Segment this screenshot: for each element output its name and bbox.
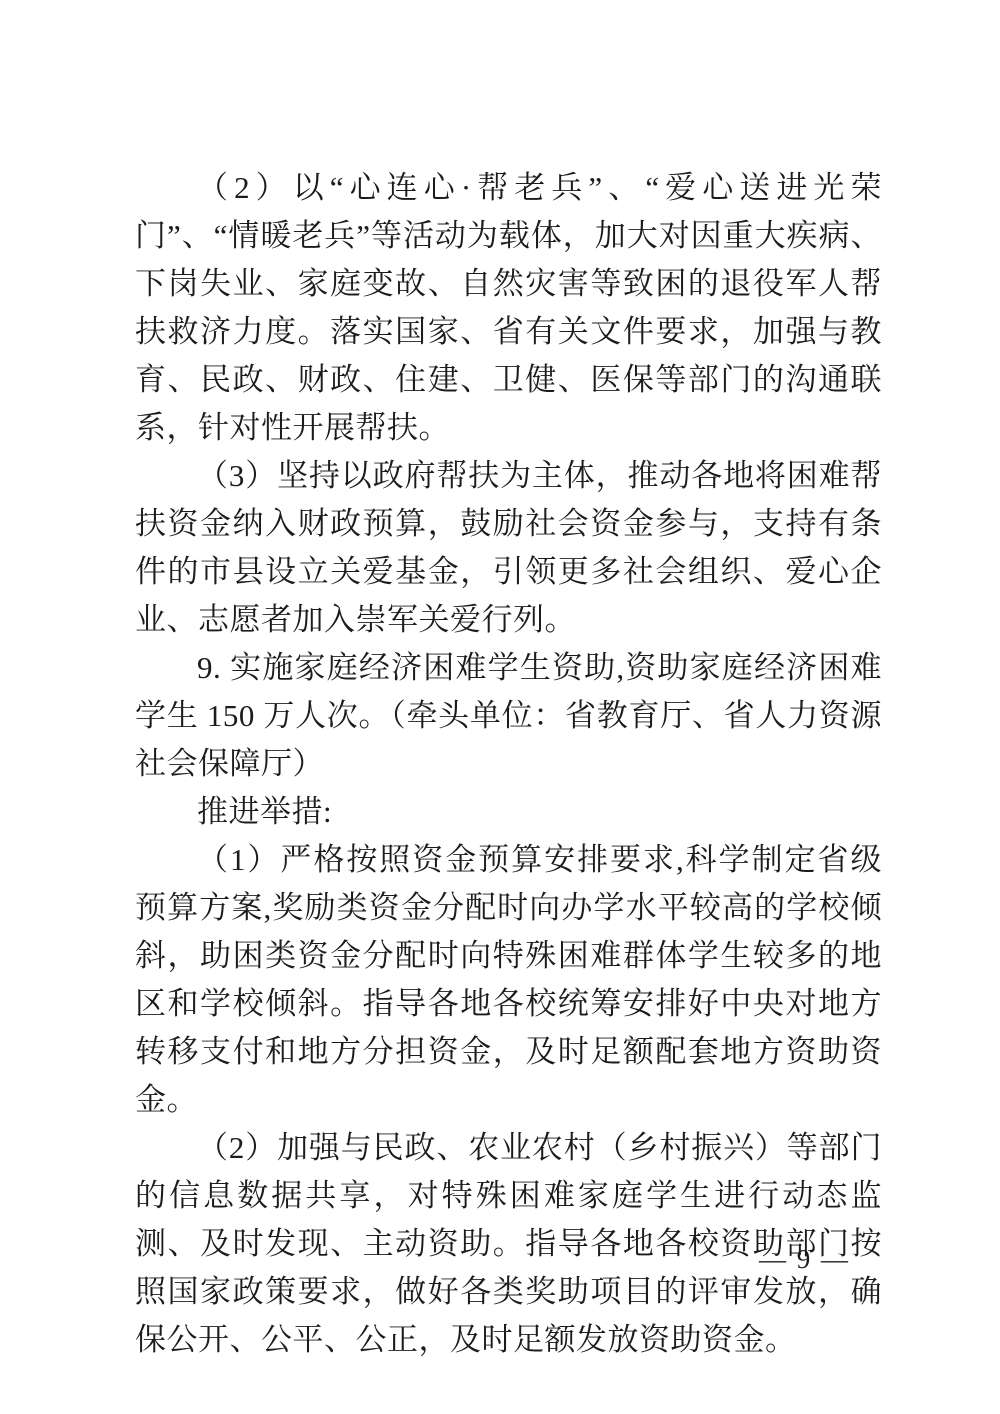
paragraph-measures-heading: 推进举措: [135, 788, 882, 836]
paragraph-veteran-activities: （2）以“心连心·帮老兵”、“爱心送进光荣门”、“情暖老兵”等活动为载体，加大对… [135, 164, 882, 452]
paragraph-government-led-aid: （3）坚持以政府帮扶为主体，推动各地将困难帮扶资金纳入财政预算，鼓励社会资金参与… [135, 452, 882, 644]
document-page: （2）以“心连心·帮老兵”、“爱心送进光荣门”、“情暖老兵”等活动为载体，加大对… [0, 0, 1000, 1414]
paragraph-measure-1-budget: （1）严格按照资金预算安排要求,科学制定省级预算方案,奖励类资金分配时向办学水平… [135, 836, 882, 1124]
document-body: （2）以“心连心·帮老兵”、“爱心送进光荣门”、“情暖老兵”等活动为载体，加大对… [135, 164, 882, 1364]
paragraph-item-9-student-aid: 9. 实施家庭经济困难学生资助,资助家庭经济困难学生 150 万人次。（牵头单位… [135, 644, 882, 788]
page-number: — 9 — [759, 1243, 850, 1275]
